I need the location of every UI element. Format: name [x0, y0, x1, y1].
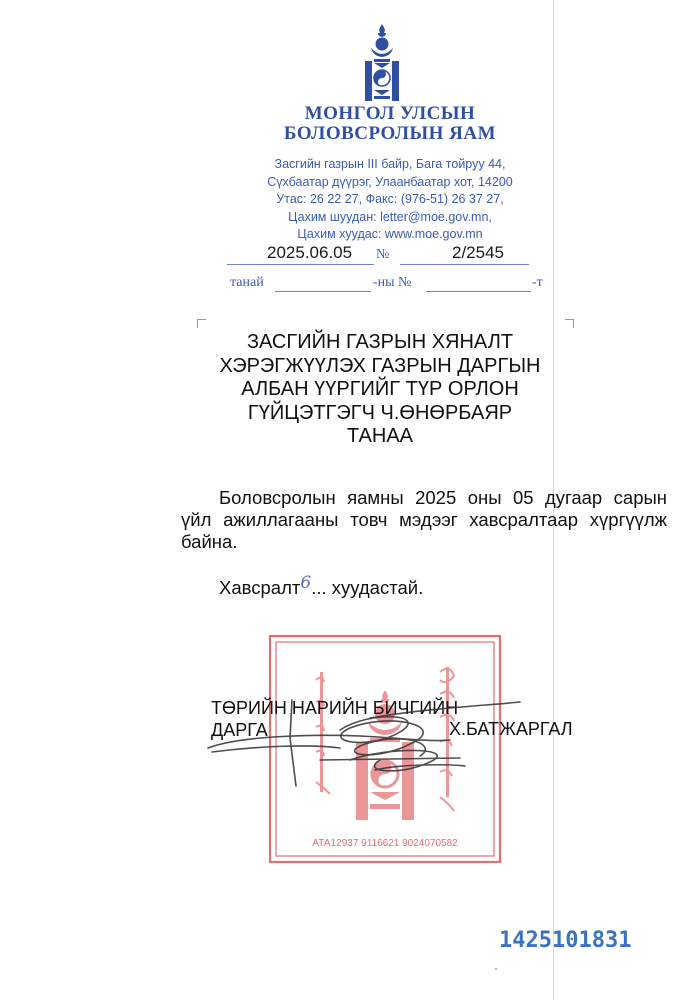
address-block: Засгийн газрын III байр, Бага тойруу 44,… — [200, 156, 580, 244]
address-bracket-left — [197, 319, 206, 328]
body-paragraph: Боловсролын яамны 2025 оны 05 дугаар сар… — [181, 487, 667, 553]
your-ref-prefix: танай — [230, 275, 264, 291]
your-ref-middle: -ны № — [373, 275, 411, 291]
addressee-line: ЗАСГИЙН ГАЗРЫН ХЯНАЛТ — [200, 331, 560, 355]
attachment-line: Хавсралт6... хуудастай. — [219, 577, 423, 599]
scan-speck — [495, 968, 497, 970]
handwritten-signature — [200, 690, 540, 790]
your-reference-line: танай -ны № -т — [230, 275, 550, 297]
attachment-prefix: Хавсралт — [219, 577, 300, 598]
org-title-line1: МОНГОЛ УЛСЫН — [200, 104, 580, 124]
document-serial-number: 1425101831 — [499, 928, 631, 953]
number-underline — [400, 264, 529, 265]
your-ref-suffix: -т — [532, 275, 543, 291]
email-line: Цахим шуудан: letter@moe.gov.mn, — [200, 209, 580, 227]
org-title-line2: БОЛОВСРОЛЫН ЯАМ — [200, 124, 580, 144]
address-bracket-right — [565, 319, 574, 328]
addressee-line: ХЭРЭГЖҮҮЛЭХ ГАЗРЫН ДАРГЫН — [200, 355, 560, 379]
letter-date: 2025.06.05 — [267, 243, 352, 263]
addressee-line: АЛБАН ҮҮРГИЙГ ТҮР ОРЛОН — [200, 378, 560, 402]
addressee-block: ЗАСГИЙН ГАЗРЫН ХЯНАЛТ ХЭРЭГЖҮҮЛЭХ ГАЗРЫН… — [200, 331, 560, 449]
addressee-line: ГҮЙЦЭТГЭГЧ Ч.ӨНӨРБАЯР — [200, 402, 560, 426]
org-title: МОНГОЛ УЛСЫН БОЛОВСРОЛЫН ЯАМ — [200, 104, 580, 144]
attachment-suffix: . хуудастай. — [321, 577, 423, 598]
date-underline — [227, 264, 374, 265]
website-line: Цахим хуудас: www.moe.gov.mn — [200, 226, 580, 244]
your-ref-date-blank — [275, 291, 371, 292]
stamp-code-text: АТА12937 9116621 9024070582 — [312, 838, 458, 849]
addressee-line: ТАНАА — [200, 425, 560, 449]
letter-number: 2/2545 — [452, 243, 504, 263]
phone-fax-line: Утас: 26 22 27, Факс: (976-51) 26 37 27, — [200, 191, 580, 209]
soyombo-emblem-icon — [360, 24, 404, 104]
your-ref-number-blank — [426, 291, 531, 292]
attachment-dots: .. — [311, 577, 321, 598]
address-line: Засгийн газрын III байр, Бага тойруу 44, — [200, 156, 580, 174]
handwritten-page-count: 6 — [300, 573, 311, 593]
reference-line: 2025.06.05 № 2/2545 — [227, 242, 529, 266]
address-line: Сүхбаатар дүүрэг, Улаанбаатар хот, 14200 — [200, 174, 580, 192]
number-sign: № — [376, 247, 389, 263]
